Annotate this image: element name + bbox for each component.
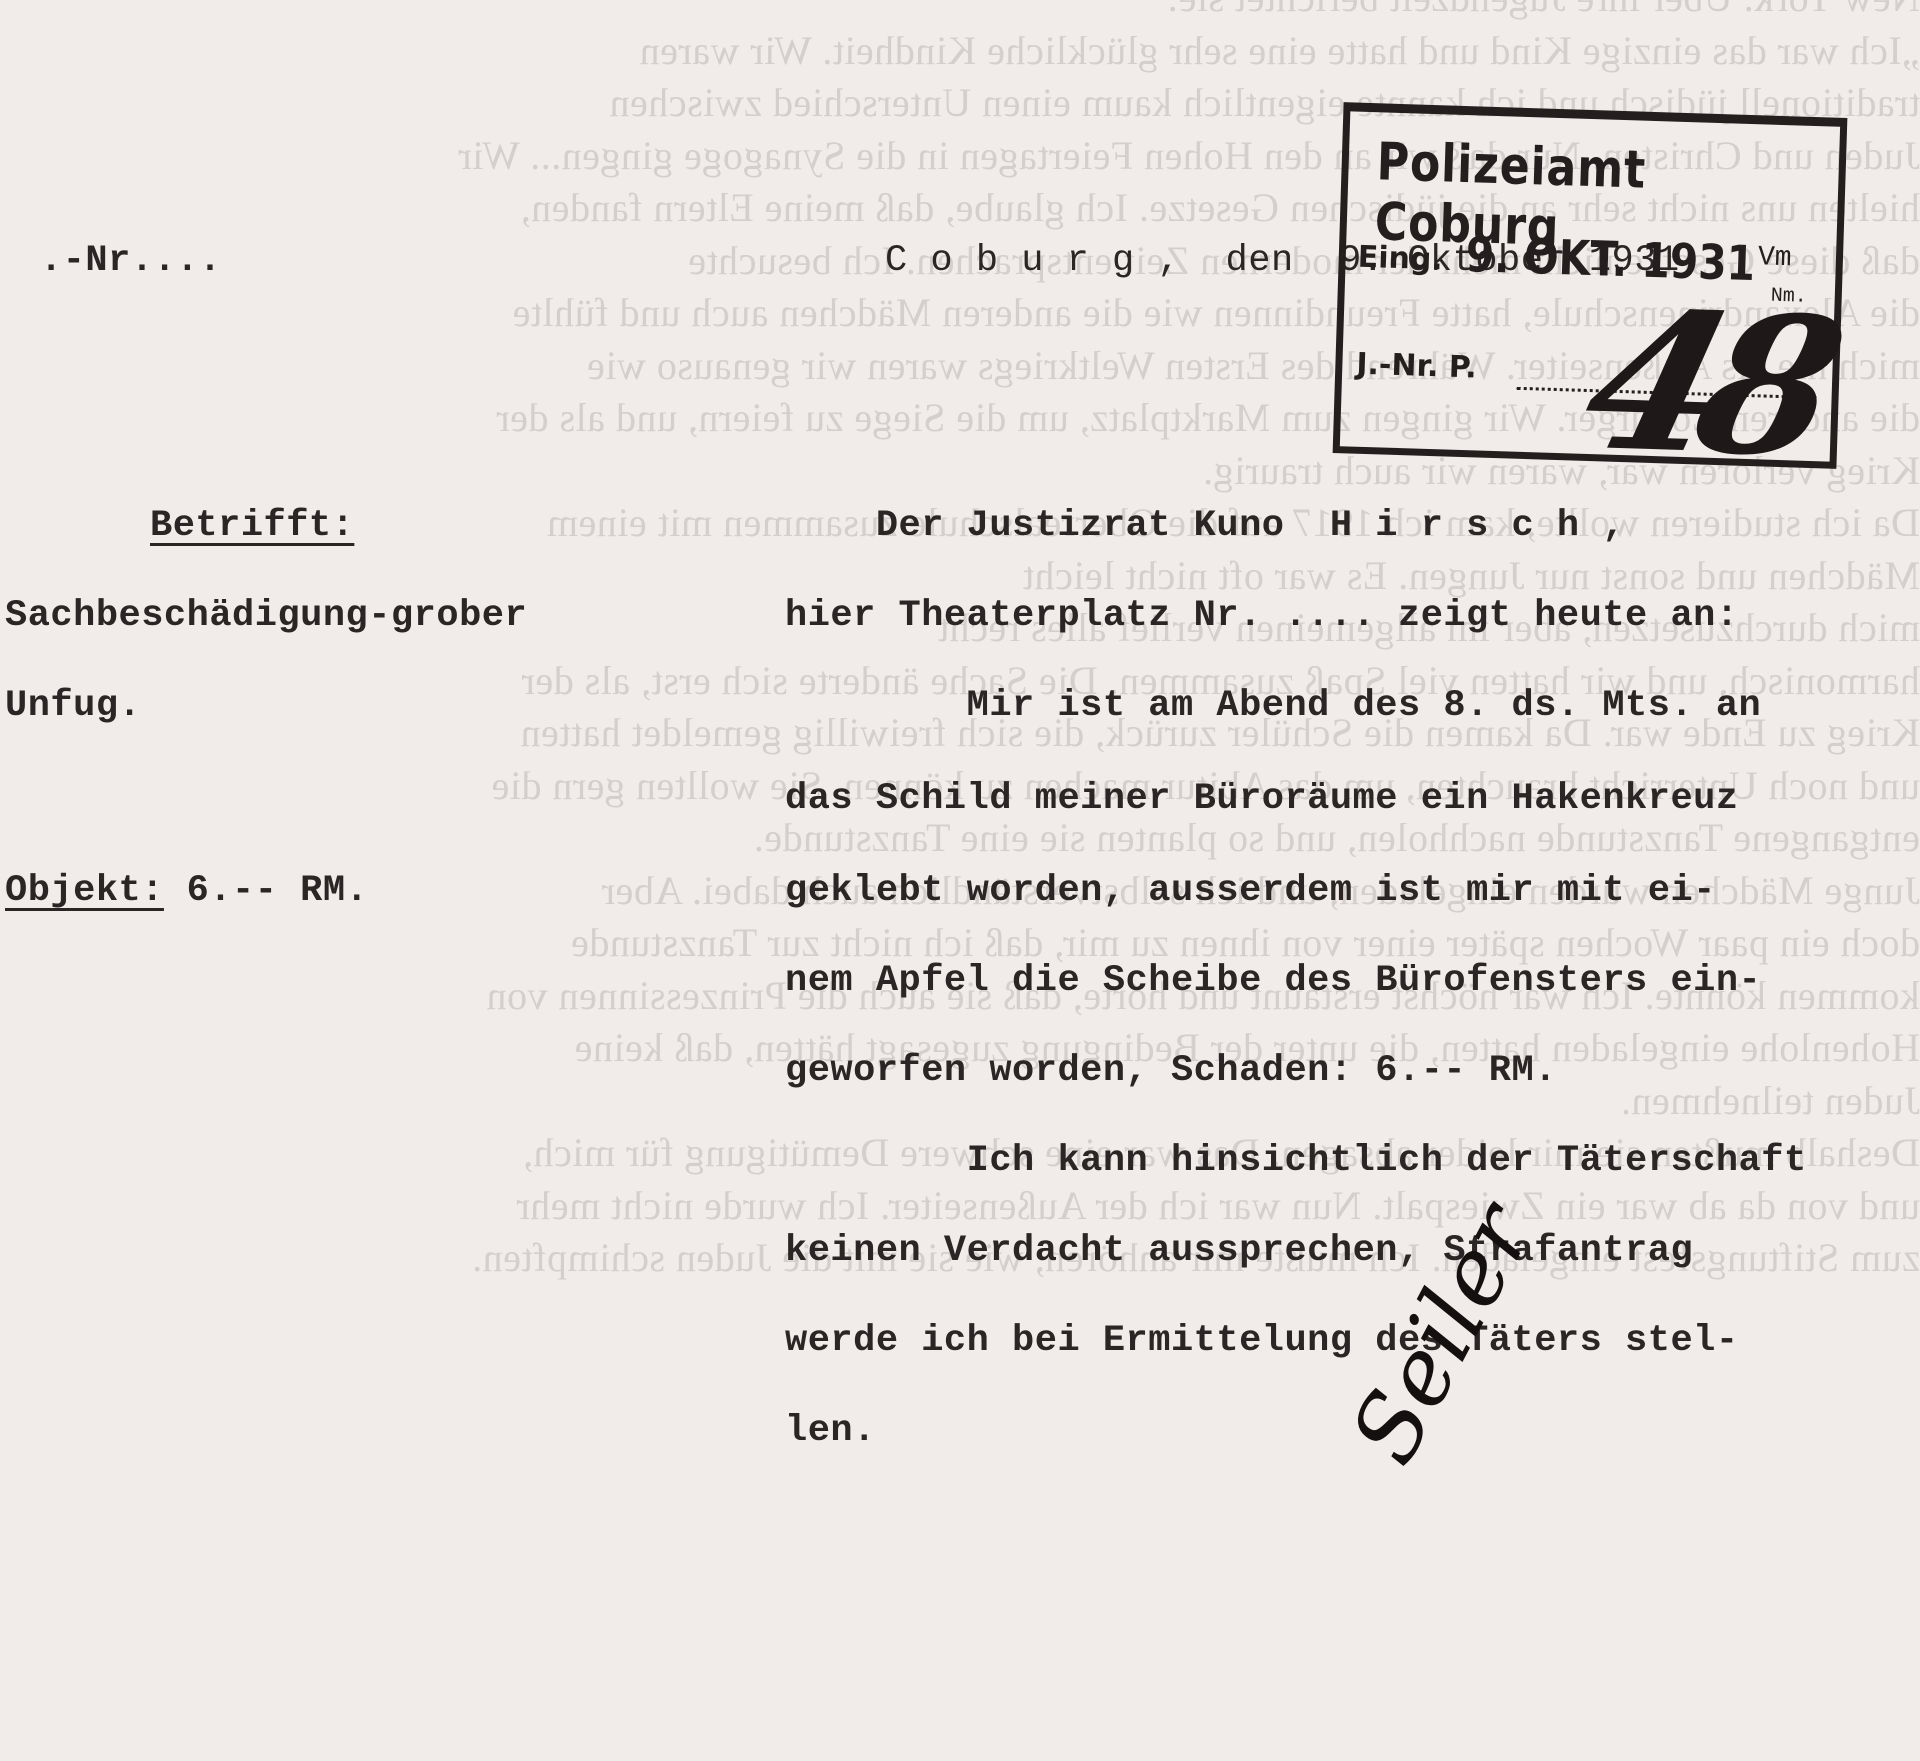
stamp-journal-number: 48 <box>1565 270 1844 498</box>
stamp-journal-label: J.-Nr. P. <box>1356 347 1477 386</box>
body-line: geklebt worden, ausserdem ist mir mit ei… <box>785 870 1716 912</box>
body-line: werde ich bei Ermittelung des Täters ste… <box>785 1320 1739 1362</box>
subject-label: Betrifft: <box>150 505 354 547</box>
body-line: len. <box>785 1410 876 1452</box>
stamp-received-label: Eing. <box>1357 240 1443 278</box>
body-line: Ich kann hinsichtlich der Täterschaft <box>785 1140 1807 1182</box>
body-line: Mir ist am Abend des 8. ds. Mts. an <box>785 685 1761 727</box>
object-line: Objekt: 6.-- RM. <box>5 870 368 912</box>
subject-line-2: Unfug. <box>5 685 141 727</box>
body-line: geworfen worden, Schaden: 6.-- RM. <box>785 1050 1557 1092</box>
body-line: nem Apfel die Scheibe des Bürofensters e… <box>785 960 1761 1002</box>
police-receipt-stamp: Polizeiamt Coburg Eing. 9. OKT. 1931 Vm … <box>1333 102 1848 469</box>
body-line: das Schild meiner Büroräume ein Hakenkre… <box>785 778 1739 820</box>
body-line: hier Theaterplatz Nr. .... zeigt heute a… <box>785 595 1739 637</box>
subject-line-1: Sachbeschädigung-grober <box>5 595 527 637</box>
reference-number: .-Nr.... <box>40 240 222 282</box>
body-line: keinen Verdacht aussprechen, Strafantrag <box>785 1230 1693 1272</box>
object-value: 6.-- RM. <box>164 870 368 912</box>
body-line: Der Justizrat Kuno H i r s c h , <box>785 505 1625 547</box>
object-label: Objekt: <box>5 870 164 912</box>
stamp-time-am: Vm <box>1757 242 1792 274</box>
